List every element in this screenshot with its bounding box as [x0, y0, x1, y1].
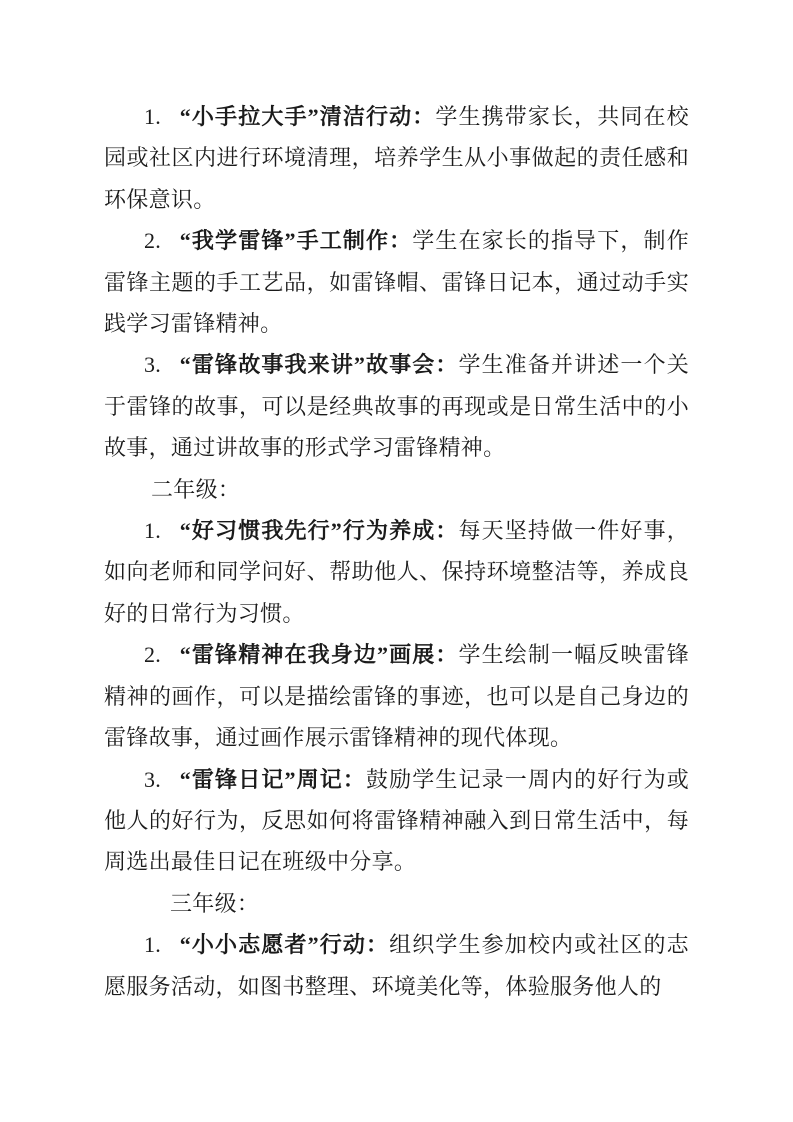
document-page: 1.“小手拉大手”清洁行动：学生携带家长，共同在校园或社区内进行环境清理，培养学… [0, 0, 793, 1122]
grade-heading-label: 三年级： [170, 891, 259, 916]
grade-heading-label: 二年级： [151, 477, 240, 502]
list-item-2-1: 1.“好习惯我先行”行为养成：每天坚持做一件好事，如向老师和同学问好、帮助他人、… [104, 510, 689, 634]
item-number: 3. [144, 352, 180, 377]
item-title: “好习惯我先行”行为养成： [180, 518, 459, 543]
item-title: “雷锋日记”周记： [180, 767, 366, 792]
item-number: 1. [144, 932, 180, 957]
list-item-1-3: 3.“雷锋故事我来讲”故事会：学生准备并讲述一个关于雷锋的故事，可以是经典故事的… [104, 344, 689, 468]
list-item-3-1: 1.“小小志愿者”行动：组织学生参加校内或社区的志愿服务活动，如图书整理、环境美… [104, 924, 689, 1007]
list-item-2-3: 3.“雷锋日记”周记：鼓励学生记录一周内的好行为或他人的好行为，反思如何将雷锋精… [104, 759, 689, 883]
item-number: 2. [144, 642, 180, 667]
list-item-1-1: 1.“小手拉大手”清洁行动：学生携带家长，共同在校园或社区内进行环境清理，培养学… [104, 96, 689, 220]
item-title: “我学雷锋”手工制作： [180, 228, 412, 253]
grade-heading-3: 三年级： [104, 883, 689, 924]
list-item-2-2: 2.“雷锋精神在我身边”画展：学生绘制一幅反映雷锋精神的画作，可以是描绘雷锋的事… [104, 634, 689, 758]
item-title: “雷锋精神在我身边”画展： [180, 642, 459, 667]
item-title: “小小志愿者”行动： [180, 932, 389, 957]
item-number: 1. [144, 104, 180, 129]
item-number: 3. [144, 767, 180, 792]
grade-heading-2: 二年级： [104, 469, 689, 510]
list-item-1-2: 2.“我学雷锋”手工制作：学生在家长的指导下，制作雷锋主题的手工艺品，如雷锋帽、… [104, 220, 689, 344]
item-title: “小手拉大手”清洁行动： [180, 104, 436, 129]
item-title: “雷锋故事我来讲”故事会： [180, 352, 459, 377]
document-content: 1.“小手拉大手”清洁行动：学生携带家长，共同在校园或社区内进行环境清理，培养学… [104, 96, 689, 1007]
item-number: 1. [144, 518, 180, 543]
item-number: 2. [144, 228, 180, 253]
